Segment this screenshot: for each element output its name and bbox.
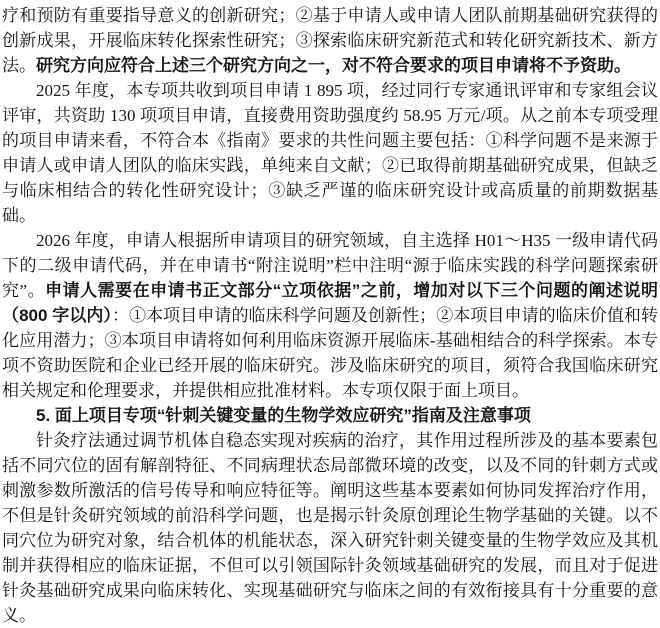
text-segment: 2025 年度，本专项共收到项目申请 1 895 项，经过同行专家通讯评审和专家… — [2, 81, 658, 225]
section-heading-acupuncture-special-project: 5. 面上项目专项“针刺关键变量的生物学效应研究”指南及注意事项 — [2, 403, 658, 428]
bold-text-segment: 5. 面上项目专项“针刺关键变量的生物学效应研究”指南及注意事项 — [36, 406, 531, 425]
paragraph-acupuncture-research-significance: 针灸疗法通过调节机体自稳态实现对疾病的治疗，其作用过程所涉及的基本要素包括不同穴… — [2, 428, 658, 628]
paragraph-research-directions-continuation: 疗和预防有重要指导意义的创新研究；②基于申请人或申请人团队前期基础研究获得的创新… — [2, 3, 658, 78]
document-page: 疗和预防有重要指导意义的创新研究；②基于申请人或申请人团队前期基础研究获得的创新… — [0, 0, 660, 628]
paragraph-2026-application-requirements: 2026 年度，申请人根据所申请项目的研究领域，自主选择 H01～H35 一级申… — [2, 228, 658, 403]
bold-text-segment: 研究方向应符合上述三个研究方向之一，对不符合要求的项目申请将不予资助。 — [36, 56, 631, 75]
paragraph-2025-funding-review: 2025 年度，本专项共收到项目申请 1 895 项，经过同行专家通讯评审和专家… — [2, 78, 658, 228]
text-segment: 针灸疗法通过调节机体自稳态实现对疾病的治疗，其作用过程所涉及的基本要素包括不同穴… — [2, 431, 658, 625]
